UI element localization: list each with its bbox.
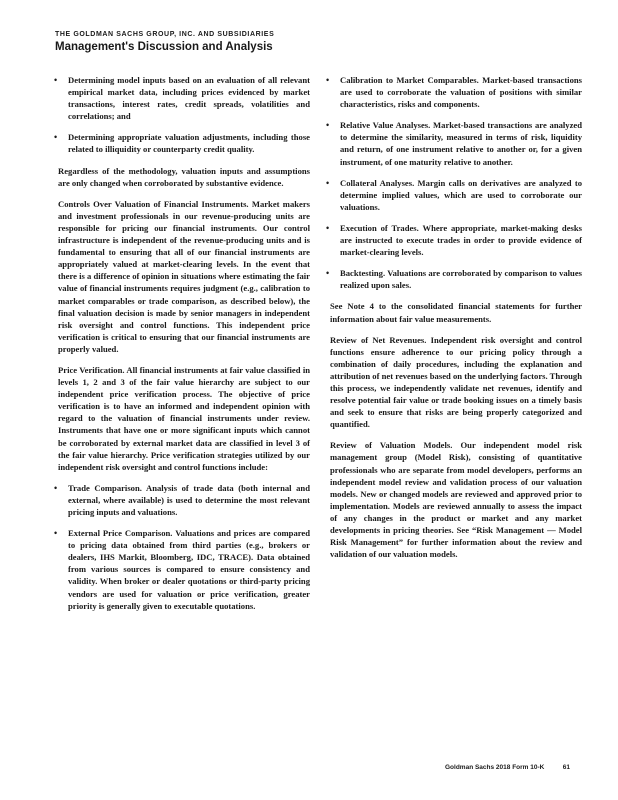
list-item: •Determining model inputs based on an ev… — [58, 74, 310, 122]
right-column: •Calibration to Market Comparables. Mark… — [330, 74, 582, 569]
list-item: •Trade Comparison. Analysis of trade dat… — [58, 482, 310, 518]
list-item: •Collateral Analyses. Margin calls on de… — [330, 177, 582, 213]
model-bullets: •Determining model inputs based on an ev… — [58, 74, 310, 156]
page-header: THE GOLDMAN SACHS GROUP, INC. AND SUBSID… — [55, 30, 575, 54]
bullet-icon: • — [54, 131, 57, 143]
paragraph-controls: Controls Over Valuation of Financial Ins… — [58, 198, 310, 355]
paragraph-review-net-revenues: Review of Net Revenues. Independent risk… — [330, 334, 582, 431]
section-title: Management's Discussion and Analysis — [55, 40, 575, 54]
left-column: •Determining model inputs based on an ev… — [58, 74, 310, 621]
page-footer: Goldman Sachs 2018 Form 10-K 61 — [445, 764, 570, 771]
bullet-icon: • — [54, 74, 57, 86]
publication-name: Goldman Sachs 2018 Form 10-K — [445, 764, 544, 771]
verification-bullets: •Trade Comparison. Analysis of trade dat… — [58, 482, 310, 612]
list-item: •Relative Value Analyses. Market-based t… — [330, 119, 582, 167]
bullet-icon: • — [326, 119, 329, 131]
paragraph-regardless: Regardless of the methodology, valuation… — [58, 165, 310, 189]
bullet-icon: • — [326, 177, 329, 189]
page-number: 61 — [563, 764, 570, 771]
paragraph-review-models: Review of Valuation Models. Our independ… — [330, 439, 582, 560]
bullet-icon: • — [326, 267, 329, 279]
list-item: •External Price Comparison. Valuations a… — [58, 527, 310, 612]
bullet-icon: • — [326, 222, 329, 234]
company-name: THE GOLDMAN SACHS GROUP, INC. AND SUBSID… — [55, 30, 575, 39]
bullet-icon: • — [54, 527, 57, 539]
list-item: •Backtesting. Valuations are corroborate… — [330, 267, 582, 291]
bullet-icon: • — [54, 482, 57, 494]
list-item: •Execution of Trades. Where appropriate,… — [330, 222, 582, 258]
strategy-bullets: •Calibration to Market Comparables. Mark… — [330, 74, 582, 291]
list-item: •Determining appropriate valuation adjus… — [58, 131, 310, 155]
paragraph-see-note: See Note 4 to the consolidated financial… — [330, 300, 582, 324]
bullet-icon: • — [326, 74, 329, 86]
list-item: •Calibration to Market Comparables. Mark… — [330, 74, 582, 110]
paragraph-price-verification: Price Verification. All financial instru… — [58, 364, 310, 473]
